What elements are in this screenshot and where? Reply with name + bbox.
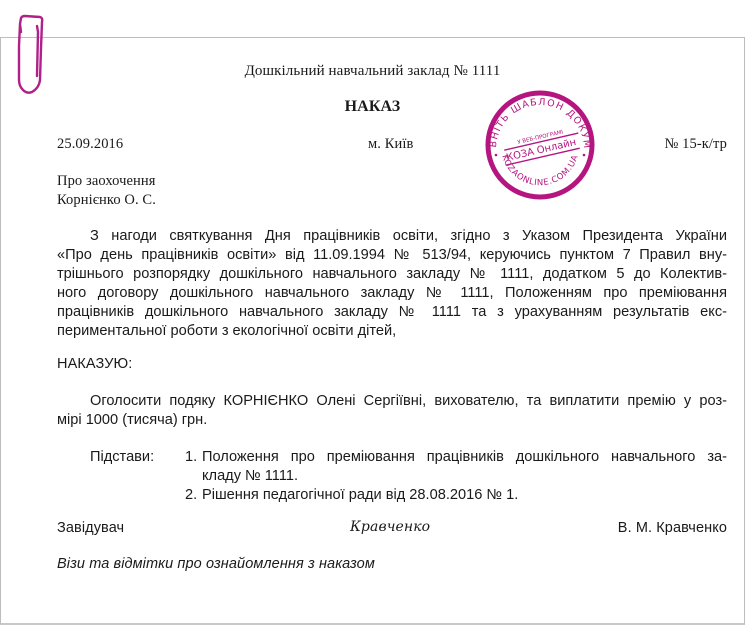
signatory-position: Завідувач: [57, 519, 124, 538]
document-date: 25.09.2016: [57, 135, 123, 154]
document-number: № 15-к/тр: [664, 135, 727, 154]
handwritten-signature: Кравченко: [350, 518, 430, 537]
subject-line: Корнієнко О. С.: [57, 191, 156, 210]
document-city: м. Київ: [368, 135, 413, 154]
stamp-logo: ЗАПОВНІТЬ ШАБЛОН ДОКУМЕНТА KOZAONLINE.CO…: [482, 89, 598, 201]
grounds-label: Підстави:: [90, 448, 185, 467]
order-line: мірі 1000 (тисяча) грн.: [57, 411, 727, 430]
document-subject: Про заохочення Корнієнко О. С.: [57, 172, 156, 210]
preamble-line: працівників дошкільного навчального закл…: [57, 303, 727, 322]
visas-note: Візи та відмітки про ознайомлення з нака…: [57, 555, 375, 574]
grounds-list: Підстави: 1. Положення про преміювання п…: [90, 448, 727, 505]
order-paragraph: Оголосити подяку КОРНІЄНКО Олені Сергіїв…: [57, 392, 727, 430]
preamble-paragraph: З нагоди святкування Дня працівників осв…: [57, 227, 727, 341]
grounds-item-text: Рішення педагогічної ради від 28.08.2016…: [202, 486, 518, 505]
preamble-line: трішнього розпорядку дошкільного навчаль…: [57, 265, 727, 284]
order-line: Оголосити подяку КОРНІЄНКО Олені Сергіїв…: [57, 392, 727, 411]
preamble-line: ного договору дошкільного навчального за…: [57, 284, 727, 303]
paperclip-icon: [12, 14, 46, 94]
signatory-name: В. М. Кравченко: [618, 519, 727, 538]
grounds-item-number: 1.: [185, 448, 202, 467]
preamble-line: периментальної роботи з екологічної осві…: [57, 322, 727, 341]
grounds-item-text: кладу № 1111.: [202, 467, 298, 486]
institution-name: Дошкільний навчальний заклад № 1111: [0, 62, 745, 81]
grounds-item-text: Положення про преміювання працівників до…: [202, 448, 727, 467]
order-heading: НАКАЗУЮ:: [57, 355, 132, 374]
preamble-line: З нагоди святкування Дня працівників осв…: [57, 227, 727, 246]
preamble-line: «Про день працівників освіти» від 11.09.…: [57, 246, 727, 265]
grounds-item-number: 2.: [185, 486, 202, 505]
document-title: НАКАЗ: [0, 97, 745, 116]
subject-line: Про заохочення: [57, 172, 156, 191]
